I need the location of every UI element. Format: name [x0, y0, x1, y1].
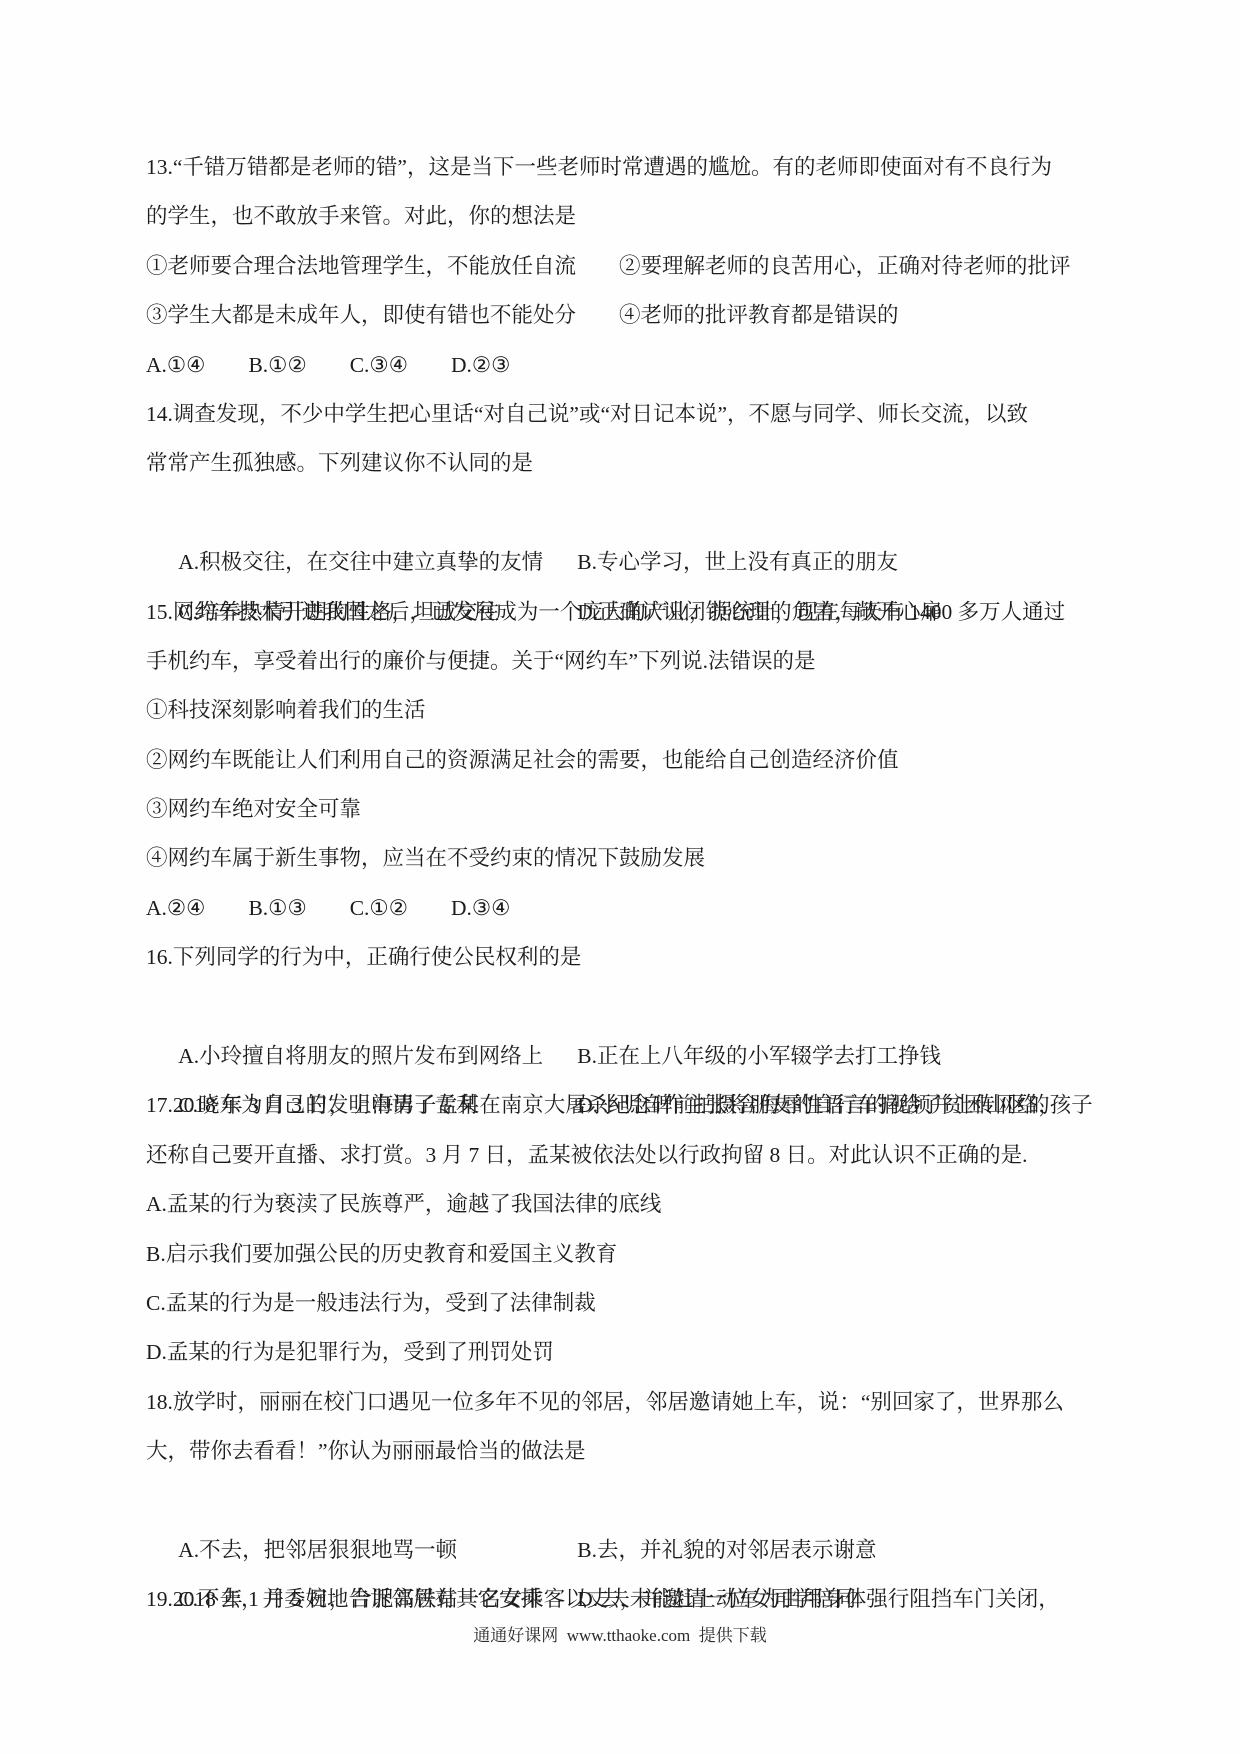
q16-option-b: B.正在上八年级的小军辍学去打工挣钱 — [577, 1032, 941, 1081]
q15-item-3: ③网约车绝对安全可靠 — [146, 785, 1106, 834]
q18-stem-2: 大，带你去看看！”你认为丽丽最恰当的做法是 — [146, 1427, 1106, 1476]
q15-options-row: A.②④ B.①③ C.①② D.③④ — [146, 884, 1106, 933]
q15-item-1: ①科技深刻影响着我们的生活 — [146, 686, 1106, 735]
question-16: 16.下列同学的行为中，正确行使公民权利的是 A.小玲擅自将朋友的照片发布到网络… — [146, 933, 1106, 1081]
q18-stem-1: 18.放学时，丽丽在校门口遇见一位多年不见的邻居，邻居邀请她上车，说：“别回家了… — [146, 1378, 1106, 1427]
q14-options-row-ab: A.积极交往，在交往中建立真挚的友情B.专心学习，世上没有真正的朋友 — [146, 489, 1106, 538]
q17-option-d: D.孟某的行为是犯罪行为，受到了刑罚处罚 — [146, 1328, 1106, 1377]
q16-option-a: A.小玲擅自将朋友的照片发布到网络上 — [178, 1032, 577, 1081]
q13-options-row: A.①④ B.①② C.③④ D.②③ — [146, 341, 1106, 390]
question-14: 14.调查发现，不少中学生把心里话“对自己说”或“对日记本说”，不愿与同学、师长… — [146, 390, 1106, 588]
q15-item-4: ④网约车属于新生事物，应当在不受约束的情况下鼓励发展 — [146, 834, 1106, 883]
q16-options-row-ab: A.小玲擅自将朋友的照片发布到网络上B.正在上八年级的小军辍学去打工挣钱 — [146, 983, 1106, 1032]
question-19: 19.2018 年 1 月 5 日，合肥高铁站一名女乘客以丈夫未能赶上动车为由用… — [146, 1575, 1106, 1624]
q16-stem-1: 16.下列同学的行为中，正确行使公民权利的是 — [146, 933, 1106, 982]
watermark-footer: 通通好课网 www.tthaoke.com 提供下载 — [0, 1623, 1240, 1649]
q14-option-b: B.专心学习，世上没有真正的朋友 — [577, 538, 898, 587]
q14-stem-2: 常常产生孤独感。下列建议你不认同的是 — [146, 439, 1106, 488]
question-13: 13.“千错万错都是老师的错”，这是当下一些老师时常遭遇的尴尬。有的老师即使面对… — [146, 143, 1106, 390]
q15-stem-1: 15.网约车技术引进我国之后，已发展成为一个庞大的产业，据统计，现在每天有 14… — [146, 588, 1106, 637]
q18-option-b: B.去，并礼貌的对邻居表示谢意 — [577, 1526, 876, 1575]
q18-option-a: A.不去，把邻居狠狠地骂一顿 — [178, 1526, 577, 1575]
question-18: 18.放学时，丽丽在校门口遇见一位多年不见的邻居，邻居邀请她上车，说：“别回家了… — [146, 1378, 1106, 1576]
q17-option-b: B.启示我们要加强公民的历史教育和爱国主义教育 — [146, 1230, 1106, 1279]
q14-option-a: A.积极交往，在交往中建立真挚的友情 — [178, 538, 577, 587]
q15-item-2: ②网约车既能让人们利用自己的资源满足社会的需要，也能给自己创造经济价值 — [146, 736, 1106, 785]
question-list: 13.“千错万错都是老师的错”，这是当下一些老师时常遭遇的尴尬。有的老师即使面对… — [146, 143, 1106, 1625]
q15-stem-2: 手机约车，享受着出行的廉价与便捷。关于“网约车”下列说.法错误的是 — [146, 637, 1106, 686]
q14-stem-1: 14.调查发现，不少中学生把心里话“对自己说”或“对日记本说”，不愿与同学、师长… — [146, 390, 1106, 439]
q13-stem-2: 的学生，也不敢放手来管。对此，你的想法是 — [146, 192, 1106, 241]
q17-stem-1: 17.2018 年 3 月 3 日，上海男子孟某在南京大屠杀纪念碑前拍摄含侮辱性… — [146, 1081, 1106, 1130]
q13-items-3-4: ③学生大都是未成年人，即使有错也不能处分 ④老师的批评教育都是错误的 — [146, 291, 1106, 340]
q13-stem-1: 13.“千错万错都是老师的错”，这是当下一些老师时常遭遇的尴尬。有的老师即使面对… — [146, 143, 1106, 192]
question-15: 15.网约车技术引进我国之后，已发展成为一个庞大的产业，据统计，现在每天有 14… — [146, 588, 1106, 934]
q19-stem-1: 19.2018 年 1 月 5 日，合肥高铁站一名女乘客以丈夫未能赶上动车为由用… — [146, 1575, 1106, 1624]
q18-options-row-ab: A.不去，把邻居狠狠地骂一顿B.去，并礼貌的对邻居表示谢意 — [146, 1477, 1106, 1526]
q17-option-c: C.孟某的行为是一般违法行为，受到了法律制裁 — [146, 1279, 1106, 1328]
q13-items-1-2: ①老师要合理合法地管理学生，不能放任自流 ②要理解老师的良苦用心，正确对待老师的… — [146, 242, 1106, 291]
q17-stem-2: 还称自己要开直播、求打赏。3 月 7 日，孟某被依法处以行政拘留 8 日。对此认… — [146, 1131, 1106, 1180]
question-17: 17.2018 年 3 月 3 日，上海男子孟某在南京大屠杀纪念碑前拍摄含侮辱性… — [146, 1081, 1106, 1377]
q17-option-a: A.孟某的行为亵渎了民族尊严，逾越了我国法律的底线 — [146, 1180, 1106, 1229]
